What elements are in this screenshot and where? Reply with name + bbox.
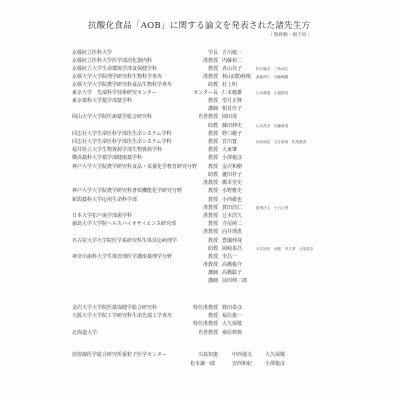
list-item: 講師前田伸二郎 <box>0 277 400 285</box>
list-item: 神奈川歯科大学生体管理医学講座薬理学分野教授李昌一 <box>0 253 400 261</box>
name: 岡田茂 <box>222 113 237 121</box>
list-item: 神戸大学大学院農学研究科書領機能化学研究分野教授水野雅史 <box>0 187 400 195</box>
institution: 京都府立大学生命環境学部食保健学科 <box>72 65 157 73</box>
institution: 横浜薬科大学薬学部健康薬学科 <box>72 154 142 162</box>
role: 教授 <box>208 146 218 154</box>
institution: 徳島大学大学院ヘルスバイオサイエンス研究部 <box>72 220 176 228</box>
name: 桑原幹典 <box>222 329 242 337</box>
list-item: 講師相見佳子 <box>0 105 400 113</box>
list-item: 京都府立医科大学学長吉川敏一 <box>0 49 400 57</box>
name: 賀田浩仁 <box>222 204 242 212</box>
name: 水野雅史 <box>222 187 242 195</box>
name: 藤田伸史 <box>222 122 242 130</box>
list-item: 講師高橋聡子 <box>0 269 400 277</box>
role: 教授 <box>208 220 218 228</box>
list-item: 助教藤田伸史山本昌彦 内藤耕造 <box>0 122 400 130</box>
list-item: 横浜薬科大学薬学部健康薬学科教授小澤俊彦 <box>0 154 400 162</box>
institution: 福井県立大学生物資源学部生物資源学科 <box>72 146 162 154</box>
list-item: 日本大学松戸歯学部歯学科准教授辻本浩久 <box>0 212 400 220</box>
name: 橋本堂史 <box>222 179 242 187</box>
name: 小西徹也 <box>222 196 242 204</box>
name: 大東肇 <box>222 146 237 154</box>
list-item: 名古屋大学大学院医学系研究科生体反応病理学教授豊國伸哉 <box>0 237 400 245</box>
role: 講師 <box>208 277 218 285</box>
list-item: 神戸大学大学院農学研究科食品・栄養化学教育研究分野教授金沢和樹 <box>0 163 400 171</box>
co-authors: 和田純佳 石井都規 松尾静香 <box>256 138 306 146</box>
role: 教授 <box>208 130 218 138</box>
institution: 日本大学松戸歯学部歯学科 <box>72 212 132 220</box>
list-item: 准教授高橋俊介 <box>0 261 400 269</box>
document-subtitle: （ 敬称略・順不同 ） <box>268 32 312 38</box>
name: 青山亮子 <box>222 65 242 73</box>
role: 助教 <box>208 171 218 179</box>
institution: 北海道大学 <box>72 329 97 337</box>
role: 教授 <box>208 163 218 171</box>
role: 講師 <box>208 269 218 277</box>
name: 小澤俊彦 <box>265 360 285 368</box>
list-item: 東京大学 先端科学技術研究センターセンター長仁木範雄山本順寛 小堀節田 <box>0 89 400 97</box>
name: 高橋俊介 <box>222 261 242 269</box>
name: 秋山(郡)秋梅 <box>222 73 251 81</box>
name: 相見佳子 <box>222 105 242 113</box>
co-authors: 永井裕崇 西篤 李文華 大原悠奈 <box>256 245 314 253</box>
final-block-row-1: 放射線医学総合研究所重粒子医学センター 川島知憲 中西郁夫 大久保敬 <box>0 351 400 359</box>
document-title: 抗酸化食品「AOB」に関する論文を発表された諸先生方 <box>88 19 310 31</box>
institution: 金沢大学大学院医薬保健学総合研究科 <box>72 304 157 312</box>
role: 特任准教授 <box>193 304 218 312</box>
role: 教授 <box>208 65 218 73</box>
role: 学長 <box>208 49 218 57</box>
role: 准教授 <box>203 212 218 220</box>
role: 名誉教授 <box>198 329 218 337</box>
role: 教授 <box>208 97 218 105</box>
list-item: 京都府立医科大学医学部消化器内科准教授内藤裕二 <box>0 57 400 65</box>
institution: 東京大学 先端科学技術研究センター <box>72 89 157 97</box>
name: 村上明 <box>222 81 237 89</box>
list-item: 徳島大学大学院ヘルスバイオサイエンス研究部教授寺尾純二 <box>0 220 400 228</box>
role: 准教授 <box>203 179 218 187</box>
name: 大久保敬 <box>265 351 285 359</box>
name: 内藤裕二 <box>222 57 242 65</box>
name: 辻本浩久 <box>222 212 242 220</box>
institution: 京都大学大学院農学研究科食品生物科学専攻 <box>72 81 172 89</box>
role: 名誉教授 <box>198 113 218 121</box>
list-item: 准教授向井理恵 <box>0 228 400 236</box>
list-item: 同志社大学生命医科学部医生命システム学科教授野口範子 <box>0 130 400 138</box>
institution: 岡山大学大学院医歯薬学総合研究科 <box>72 113 152 121</box>
role: 教授 <box>208 196 218 204</box>
name: 松本謙一郎 <box>190 360 215 368</box>
institution: 京都府立医科大学医学部消化器内科 <box>72 57 152 65</box>
institution: 神戸大学大学院農学研究科食品・栄養化学教育研究分野 <box>72 163 197 171</box>
list-item: 同志社大学生命医科学部医生命システム学科教授宮川寛和田純佳 石井都規 松尾静香 <box>0 138 400 146</box>
role: 教授 <box>208 138 218 146</box>
name: 仁木範雄 <box>222 89 242 97</box>
role: 助教 <box>208 245 218 253</box>
role: 准教授 <box>203 228 218 236</box>
list-item: 福井県立大学生物資源学部生物資源学科教授大東肇 <box>0 146 400 154</box>
list-item: 助教岡崎泰昌永井裕崇 西篤 李文華 大原悠奈 <box>0 245 400 253</box>
name: 川島知憲 <box>198 351 218 359</box>
name: 豊國伸哉 <box>222 237 242 245</box>
role: 准教授 <box>203 204 218 212</box>
name: 岡崎泰昌 <box>222 245 242 253</box>
document-page: 抗酸化食品「AOB」に関する論文を発表された諸先生方 （ 敬称略・順不同 ） 京… <box>0 0 400 400</box>
role: 助教 <box>208 81 218 89</box>
list-item: 准教授橋本堂史 <box>0 179 400 187</box>
institution: 同志社大学生命医科学部医生命システム学科 <box>72 138 172 146</box>
list-item: 岡山大学大学院医歯薬学総合研究科名誉教授岡田茂 <box>0 113 400 121</box>
name: 李昌一 <box>222 253 237 261</box>
role: 助教 <box>208 122 218 130</box>
name: 安西和紀 <box>232 360 252 368</box>
list-item: 特任准教授大久保敬 <box>0 320 400 328</box>
role: 教授 <box>208 237 218 245</box>
name: 宮川寛 <box>222 138 237 146</box>
list-item: 東京薬科大学薬学部薬学科教授望月正隆 <box>0 97 400 105</box>
list-item: 新潟薬科大学応用生命科学部教授小西徹也 <box>0 196 400 204</box>
co-authors: 財団法人 小日公界 <box>256 204 288 212</box>
institution: 神奈川歯科大学生体管理医学講座薬理学分野 <box>72 253 172 261</box>
institution: 京都府立医科大学 <box>72 49 112 57</box>
name: 向井理恵 <box>222 228 242 236</box>
name: 大久保敬 <box>222 320 242 328</box>
list-item: 京都大学大学院農学研究科食品生物科学専攻助教村上明 <box>0 81 400 89</box>
institution: 放射線医学総合研究所重粒子医学センター <box>72 351 167 359</box>
role: センター長 <box>193 89 218 97</box>
final-block-row-2: 松本謙一郎 安西和紀 小澤俊彦 <box>0 360 400 368</box>
name: 篠田泰彦 <box>222 304 242 312</box>
list-item: 金沢大学大学院医薬保健学総合研究科特任准教授篠田泰彦 <box>0 304 400 312</box>
institution: 大阪大学大学院工学研究科生命先端工学専攻 <box>72 312 172 320</box>
name: 高橋聡子 <box>222 269 242 277</box>
name: 前田伸二郎 <box>222 277 247 285</box>
institution: 京都大学大学院理学研究科生物科学専攻 <box>72 73 162 81</box>
role: 教授 <box>208 253 218 261</box>
role: 教授 <box>208 312 218 320</box>
institution: 東京薬科大学薬学部薬学科 <box>72 97 132 105</box>
list-item: 京都大学大学院理学研究科生物科学専攻准教授秋山(郡)秋梅森脇尚仁 加藤暢嗣 <box>0 73 400 81</box>
role: 准教授 <box>203 261 218 269</box>
list-item: 北海道大学名誉教授桑原幹典 <box>0 329 400 337</box>
name: 寺尾純二 <box>222 220 242 228</box>
institution: 新潟薬科大学応用生命科学部 <box>72 196 137 204</box>
name: 吉川敏一 <box>222 49 242 57</box>
co-authors: 山本昌彦 内藤耕造 <box>256 122 288 130</box>
institution: 名古屋大学大学院医学系研究科生体反応病理学 <box>72 237 177 245</box>
list-item: 京都府立大学生命環境学部食保健学科教授青山亮子松井隆宣 三角和広 <box>0 65 400 73</box>
list-item: 大阪大学大学院工学研究科生命先端工学専攻教授福住俊一 <box>0 312 400 320</box>
name: 蘆田祥子 <box>222 171 242 179</box>
role: 講師 <box>208 105 218 113</box>
name: 金沢和樹 <box>222 163 242 171</box>
institution: 同志社大学生命医科学部医生命システム学科 <box>72 130 172 138</box>
role: 准教授 <box>203 73 218 81</box>
name: 福住俊一 <box>222 312 242 320</box>
role: 教授 <box>208 154 218 162</box>
role: 教授 <box>208 187 218 195</box>
name: 野口範子 <box>222 130 242 138</box>
co-authors: 山本順寛 小堀節田 <box>256 89 288 97</box>
name: 中西郁夫 <box>232 351 252 359</box>
co-authors: 松井隆宣 三角和広 <box>256 65 288 73</box>
name: 望月正隆 <box>222 97 242 105</box>
list-item: 准教授賀田浩仁財団法人 小日公界 <box>0 204 400 212</box>
role: 准教授 <box>203 57 218 65</box>
name: 小澤俊彦 <box>222 154 242 162</box>
list-item: 助教蘆田祥子 <box>0 171 400 179</box>
co-authors: 森脇尚仁 加藤暢嗣 <box>256 73 288 81</box>
institution: 神戸大学大学院農学研究科書領機能化学研究分野 <box>72 187 182 195</box>
role: 特任准教授 <box>193 320 218 328</box>
